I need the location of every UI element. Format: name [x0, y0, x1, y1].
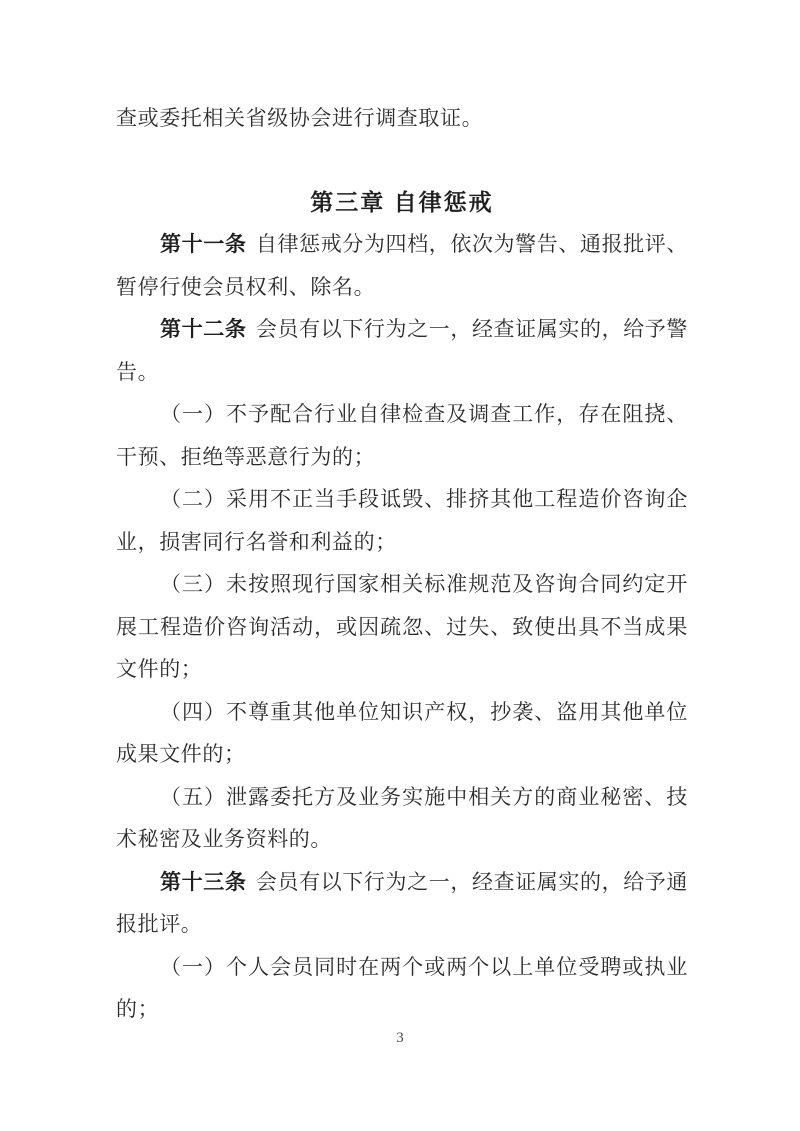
- paragraph-list: 第十一条自律惩戒分为四档，依次为警告、通报批评、暂停行使会员权利、除名。 第十二…: [116, 223, 688, 1031]
- paragraph: 第十三条会员有以下行为之一，经查证属实的，给予通报批评。: [116, 861, 688, 946]
- chapter-heading: 第三章 自律惩戒: [116, 181, 688, 224]
- paragraph: 第十二条会员有以下行为之一，经查证属实的，给予警告。: [116, 308, 688, 393]
- paragraph: （一）个人会员同时在两个或两个以上单位受聘或执业的；: [116, 946, 688, 1031]
- document-page: 查或委托相关省级协会进行调查取证。 第三章 自律惩戒 第十一条自律惩戒分为四档，…: [0, 0, 800, 1131]
- paragraph-continuation: 查或委托相关省级协会进行调查取证。: [116, 97, 688, 140]
- paragraph: （三）未按照现行国家相关标准规范及咨询合同约定开展工程造价咨询活动，或因疏忽、过…: [116, 563, 688, 691]
- paragraph-text: （三）未按照现行国家相关标准规范及咨询合同约定开展工程造价咨询活动，或因疏忽、过…: [116, 572, 688, 681]
- article-number: 第十二条: [160, 317, 246, 341]
- paragraph: （五）泄露委托方及业务实施中相关方的商业秘密、技术秘密及业务资料的。: [116, 776, 688, 861]
- document-body: 查或委托相关省级协会进行调查取证。 第三章 自律惩戒 第十一条自律惩戒分为四档，…: [116, 97, 688, 1031]
- paragraph-text: （二）采用不正当手段诋毁、排挤其他工程造价咨询企业，损害同行名誉和利益的；: [116, 487, 688, 554]
- paragraph: 第十一条自律惩戒分为四档，依次为警告、通报批评、暂停行使会员权利、除名。: [116, 223, 688, 308]
- paragraph-text: （五）泄露委托方及业务实施中相关方的商业秘密、技术秘密及业务资料的。: [116, 785, 688, 852]
- paragraph: （一）不予配合行业自律检查及调查工作，存在阻挠、干预、拒绝等恶意行为的；: [116, 393, 688, 478]
- article-number: 第十一条: [160, 232, 246, 256]
- paragraph: （二）采用不正当手段诋毁、排挤其他工程造价咨询企业，损害同行名誉和利益的；: [116, 478, 688, 563]
- article-number: 第十三条: [160, 870, 246, 894]
- page-number: 3: [0, 1028, 800, 1048]
- paragraph-text: （一）个人会员同时在两个或两个以上单位受聘或执业的；: [116, 955, 688, 1022]
- paragraph-text: （四）不尊重其他单位知识产权，抄袭、盗用其他单位成果文件的；: [116, 700, 688, 767]
- paragraph-text: （一）不予配合行业自律检查及调查工作，存在阻挠、干预、拒绝等恶意行为的；: [116, 402, 688, 469]
- paragraph: （四）不尊重其他单位知识产权，抄袭、盗用其他单位成果文件的；: [116, 691, 688, 776]
